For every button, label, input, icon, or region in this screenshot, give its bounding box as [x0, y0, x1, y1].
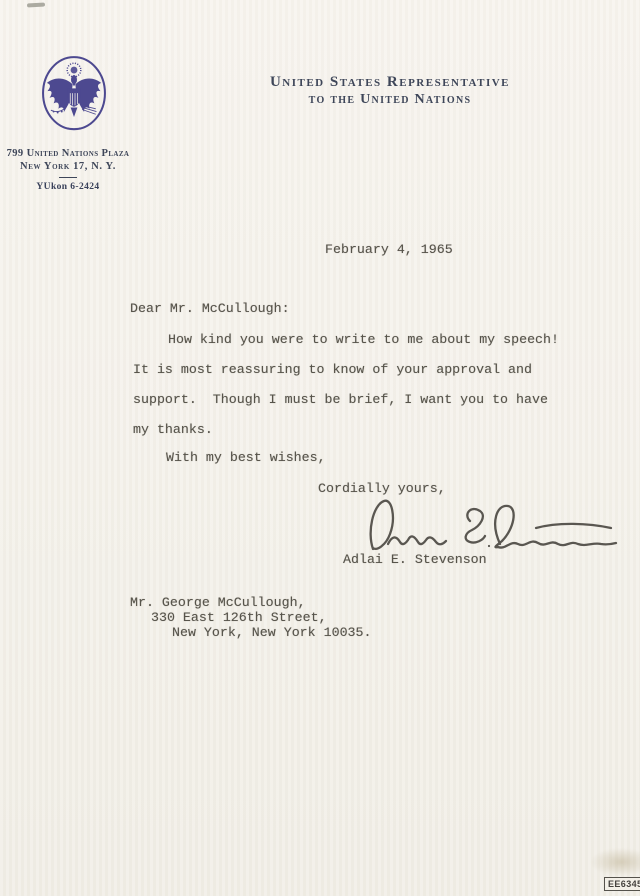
scanned-letter-page: United States Representative to the Unit… — [0, 0, 640, 896]
letterhead-address-line2: New York 17, N. Y. — [0, 161, 136, 172]
letter-body-line: It is most reassuring to know of your ap… — [133, 362, 532, 377]
recipient-name: Mr. George McCullough, — [130, 595, 306, 610]
letterhead-divider — [59, 177, 77, 178]
scan-smudge — [590, 848, 640, 876]
letter-typed-name: Adlai E. Stevenson — [343, 552, 487, 567]
letterhead-phone: YUkon 6-2424 — [0, 182, 136, 192]
letter-date: February 4, 1965 — [325, 242, 453, 257]
recipient-city: New York, New York 10035. — [172, 625, 372, 640]
letterhead-title-line2: to the United Nations — [250, 92, 530, 108]
letterhead-title-line1: United States Representative — [250, 74, 530, 91]
letter-body-line: my thanks. — [133, 422, 213, 437]
recipient-street: 330 East 126th Street, — [151, 610, 327, 625]
letterhead-title: United States Representative to the Unit… — [250, 74, 530, 108]
letter-closing-line: With my best wishes, — [166, 450, 326, 465]
scan-artifact-mark — [27, 3, 45, 7]
catalog-label: EE6345 — [604, 877, 640, 891]
great-seal-icon — [40, 54, 108, 133]
letterhead-address-line1: 799 United Nations Plaza — [0, 148, 136, 159]
letterhead-address-block: 799 United Nations Plaza New York 17, N.… — [0, 148, 136, 192]
letter-body-line: support. Though I must be brief, I want … — [133, 392, 548, 407]
letter-salutation: Dear Mr. McCullough: — [130, 301, 290, 316]
letter-body-line: How kind you were to write to me about m… — [168, 332, 559, 347]
